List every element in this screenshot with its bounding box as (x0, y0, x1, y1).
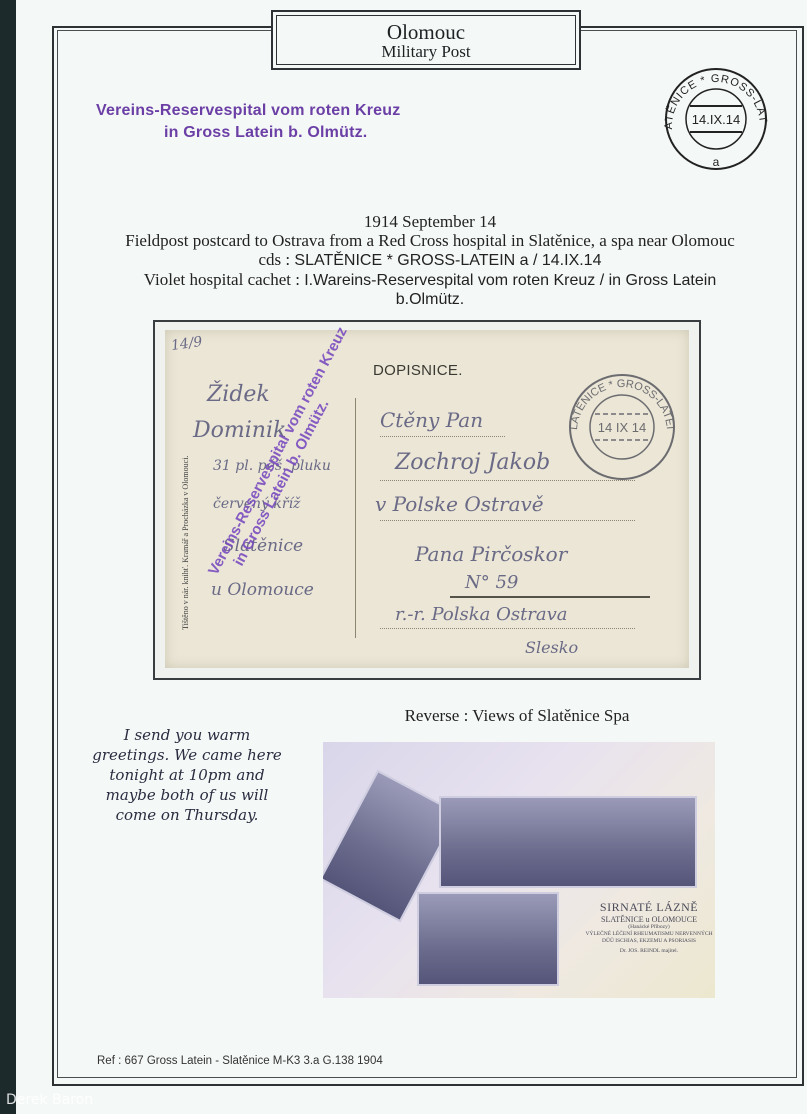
item-description: 1914 September 14 Fieldpost postcard to … (70, 212, 790, 309)
cachet-line1: Vereins-Reservespital vom roten Kreuz (96, 100, 400, 122)
desc-date: 1914 September 14 (70, 212, 790, 231)
reverse-caption: Reverse : Views of Slatěnice Spa (322, 706, 712, 726)
desc-cachet: Violet hospital cachet : I.Wareins-Reser… (70, 270, 790, 290)
address-line: Ctěny Pan (380, 408, 483, 432)
page-subtitle: Military Post (277, 43, 575, 61)
photo-corridor (417, 892, 559, 986)
printer-imprint: Tištěno v nár. knihť. Kramář a Procházka… (181, 456, 190, 630)
page-title: Olomouc (277, 21, 575, 43)
desc-cds: cds : SLATĚNICE * GROSS-LATEIN a / 14.IX… (70, 250, 790, 270)
postcard-front-mount: 14/9 DOPISNICE. Tištěno v nár. knihť. Kr… (153, 320, 701, 680)
postcard-reverse-image: SIRNATÉ LÁZNĚ SLATĚNICE u OLOMOUCE (Haná… (323, 742, 715, 998)
desc-cachet-cont: b.Olmütz. (70, 290, 790, 309)
spa-advert: SIRNATÉ LÁZNĚ SLATĚNICE u OLOMOUCE (Haná… (585, 900, 713, 955)
postcard-heading: DOPISNICE. (373, 362, 463, 379)
photo-courtyard (439, 796, 697, 888)
sender-line: Židek (207, 382, 270, 407)
postcard-postmark: 14 IX 14 SLATĚNICE * GROSS-LATEIN (563, 368, 681, 486)
greeting-translation: I send you warm greetings. We came here … (62, 725, 312, 825)
cachet-line2: in Gross Latein b. Olmütz. (96, 122, 400, 144)
hospital-cachet-enlarged: Vereins-Reservespital vom roten Kreuz in… (96, 100, 400, 144)
postmark-index: a (713, 155, 720, 169)
address-line: Pana Pirčoskor (415, 542, 567, 566)
sender-line: u Olomouce (211, 580, 314, 600)
address-line: Slesko (525, 638, 578, 657)
sender-line: Dominik (193, 418, 286, 443)
svg-text:14 IX 14: 14 IX 14 (598, 420, 646, 435)
postmark-date: 14.IX.14 (692, 112, 740, 127)
address-line: r.-r. Polska Ostrava (395, 604, 568, 625)
catalogue-reference: Ref : 667 Gross Latein - Slatěnice M-K3 … (97, 1055, 383, 1067)
desc-line1: Fieldpost postcard to Ostrava from a Red… (70, 231, 790, 250)
date-note: 14/9 (170, 334, 203, 354)
postmark-enlarged: 14.IX.14 SLATĚNICE * GROSS-LATEIN a (658, 66, 774, 172)
postcard-front: 14/9 DOPISNICE. Tištěno v nár. knihť. Kr… (165, 330, 689, 668)
watermark: Derek Baron (6, 1092, 93, 1108)
address-line: Zochroj Jakob (395, 450, 550, 475)
postcard-divider (355, 398, 356, 638)
address-line: v Polske Ostravě (375, 492, 544, 516)
address-line: N° 59 (465, 572, 518, 593)
title-box: Olomouc Military Post (271, 10, 581, 70)
